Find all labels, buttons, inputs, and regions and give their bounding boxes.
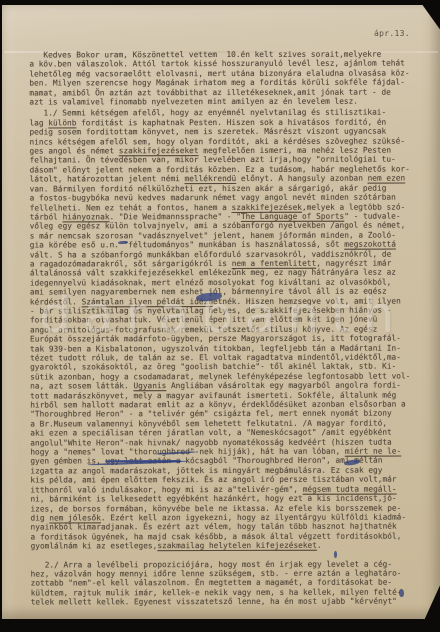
letter-line: azt is valamivel finomabb nyelvezeten mi…	[29, 97, 425, 107]
letter-body: Kedves Bokor uram, Köszönettel vettem 10…	[29, 49, 426, 607]
handwritten-ink-mark	[399, 589, 405, 597]
letter-line: a forditások ügyének, ha majd csak későb…	[31, 531, 427, 541]
letter-line: gyomlálnám ki az esetleges,szakmailag he…	[31, 541, 427, 551]
letter-line: mamat, amiből Ön aztán azt továbbithat a…	[29, 87, 425, 97]
handwritten-ink-mark	[334, 551, 337, 558]
letter-date: ápr.13.	[374, 29, 410, 38]
scanned-letter-photo: { "meta": {"document_type": "typewritten…	[0, 0, 440, 632]
letter-line: telek mellett kellek. Egyenest visszatet…	[31, 597, 427, 607]
